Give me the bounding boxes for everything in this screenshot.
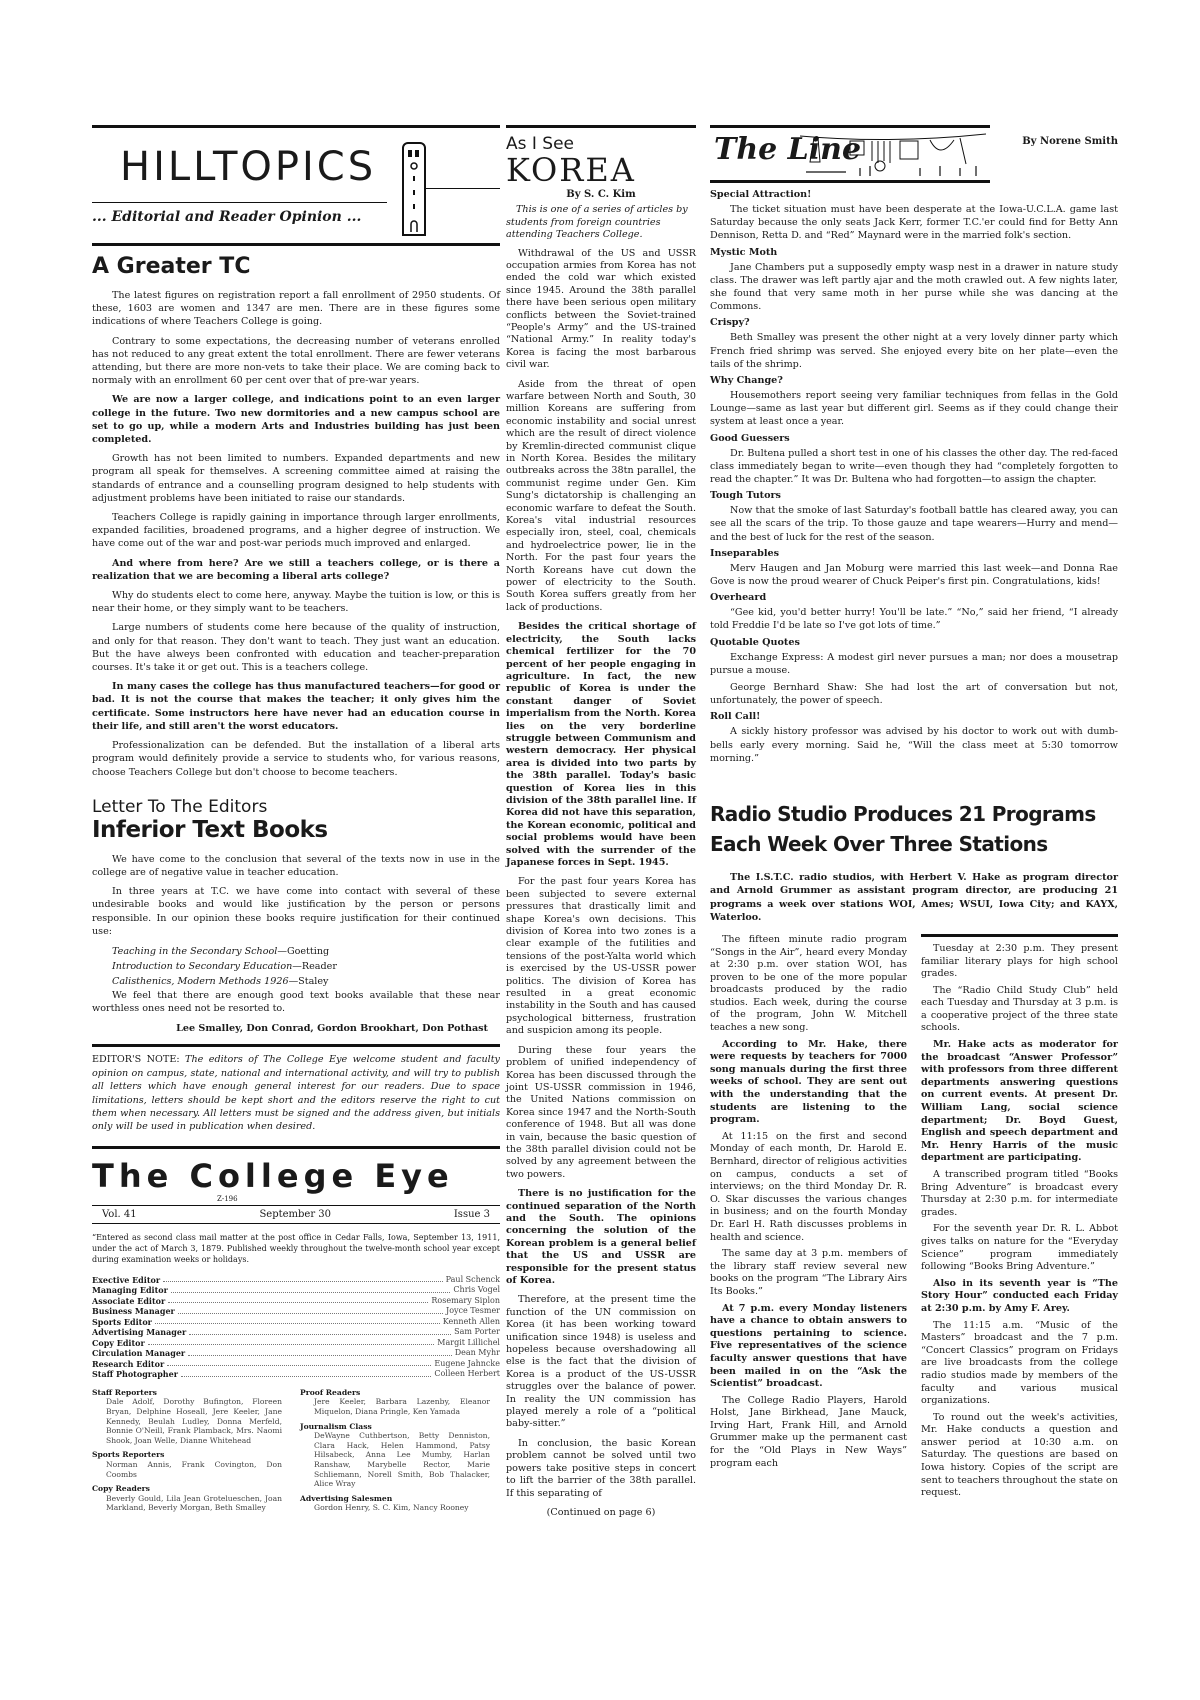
- staff-group: Sports ReportersNorman Annis, Frank Covi…: [92, 1450, 282, 1479]
- staff-row: Research EditorEugene Jahncke: [92, 1359, 500, 1370]
- staff-row: Business ManagerJoyce Tesmer: [92, 1306, 500, 1317]
- masthead-bottom-rule: [92, 243, 500, 246]
- editorial-paragraph: Large numbers of students come here beca…: [92, 621, 500, 674]
- item-heading: Special Attraction!: [710, 189, 1118, 200]
- clothesline-illustration-icon: [800, 132, 986, 176]
- editorial-column: HILLTOPICS ... Editorial and Reader Opin…: [92, 0, 500, 1518]
- item-heading: Inseparables: [710, 548, 1118, 559]
- staff-row: Exective EditorPaul Schenck: [92, 1275, 500, 1286]
- korea-header: As I See KOREA By S. C. Kim: [506, 125, 696, 200]
- editorial-paragraph: Professionalization can be defended. But…: [92, 739, 500, 779]
- issue-date: September 30: [259, 1209, 331, 1220]
- gossip-and-radio-column: The Line By Norene Smith Special Attract…: [710, 0, 1118, 1504]
- editorial-paragraph: Growth has not been limited to numbers. …: [92, 452, 500, 505]
- item-heading: Quotable Quotes: [710, 637, 1118, 648]
- editorial-body: The latest figures on registration repor…: [92, 289, 500, 779]
- item-paragraph: George Bernhard Shaw: She had lost the a…: [710, 681, 1118, 707]
- staff-row: Staff PhotographerColleen Herbert: [92, 1369, 500, 1380]
- radio-paragraph: The fifteen minute radio program “Songs …: [710, 934, 907, 1035]
- item-paragraph: Housemothers report seeing very familiar…: [710, 389, 1118, 429]
- item-heading: Good Guessers: [710, 433, 1118, 444]
- staff-row: Sports EditorKenneth Allen: [92, 1317, 500, 1328]
- korea-paragraph: There is no justification for the contin…: [506, 1188, 696, 1287]
- editorial-paragraph: Teachers College is rapidly gaining in i…: [92, 511, 500, 551]
- item-heading: Roll Call!: [710, 711, 1118, 722]
- radio-paragraph: For the seventh year Dr. R. L. Abbot giv…: [921, 1223, 1118, 1273]
- item-paragraph: Now that the smoke of last Saturday's fo…: [710, 504, 1118, 544]
- staff-group: Advertising SalesmenGordon Henry, S. C. …: [300, 1494, 490, 1513]
- continued-link[interactable]: (Continued on page 6): [506, 1507, 696, 1518]
- korea-paragraph: Withdrawal of the US and USSR occupation…: [506, 248, 696, 372]
- radio-paragraph: The 11:15 a.m. “Music of the Masters” br…: [921, 1320, 1118, 1408]
- book-list: Teaching in the Secondary School—Goettin…: [92, 944, 500, 989]
- the-line-banner: The Line: [710, 125, 990, 183]
- radio-paragraph: A transcribed program titled “Books Brin…: [921, 1169, 1118, 1219]
- radio-paragraph: The same day at 3 p.m. members of the li…: [710, 1248, 907, 1298]
- editorial-paragraph: We are now a larger college, and indicat…: [92, 393, 500, 446]
- series-note: This is one of a series of articles by s…: [506, 204, 696, 242]
- radio-lead: The I.S.T.C. radio studios, with Herbert…: [710, 871, 1118, 924]
- staff-row: Associate EditorRosemary Siplon: [92, 1296, 500, 1307]
- korea-paragraph: Besides the critical shortage of electri…: [506, 621, 696, 869]
- letter-paragraph: We have come to the conclusion that seve…: [92, 853, 500, 879]
- staff-group: Copy ReadersBeverly Gould, Lila Jean Gro…: [92, 1484, 282, 1513]
- staff-groups-right: Proof ReadersJere Keeler, Barbara Lazenb…: [300, 1388, 490, 1518]
- the-line-header: The Line By Norene Smith: [710, 125, 1118, 183]
- korea-column: As I See KOREA By S. C. Kim This is one …: [506, 0, 696, 1518]
- editorial-paragraph: In many cases the college has thus manuf…: [92, 680, 500, 733]
- hilltopics-tagline: ... Editorial and Reader Opinion ...: [92, 202, 387, 225]
- mailing-notice: “Entered as second class mail matter at …: [92, 1232, 500, 1265]
- item-paragraph: “Gee kid, you'd better hurry! You'll be …: [710, 606, 1118, 632]
- letter-signers: Lee Smalley, Don Conrad, Gordon Brookhar…: [92, 1023, 488, 1034]
- staff-box: Exective EditorPaul Schenck Managing Edi…: [92, 1275, 500, 1380]
- staff-groups: Staff ReportersDale Adolf, Dorothy Bufin…: [92, 1388, 500, 1518]
- korea-headline: KOREA: [506, 154, 696, 186]
- volume: Vol. 41: [102, 1209, 137, 1220]
- the-line-items: Special Attraction! The ticket situation…: [710, 189, 1118, 765]
- college-eye-title: The College Eye: [92, 1157, 500, 1195]
- korea-byline: By S. C. Kim: [506, 189, 696, 200]
- item-heading: Tough Tutors: [710, 490, 1118, 501]
- item-paragraph: Beth Smalley was present the other night…: [710, 331, 1118, 371]
- college-eye-code: Z-196: [217, 1195, 500, 1203]
- radio-paragraph: Mr. Hake acts as moderator for the broad…: [921, 1039, 1118, 1165]
- staff-group: Proof ReadersJere Keeler, Barbara Lazenb…: [300, 1388, 490, 1417]
- letter-paragraph: In three years at T.C. we have come into…: [92, 885, 500, 938]
- radio-paragraph: The “Radio Child Study Club” held each T…: [921, 985, 1118, 1035]
- letter-kicker: Letter To The Editors: [92, 797, 500, 817]
- issue-info-bar: Vol. 41 September 30 Issue 3: [92, 1205, 500, 1224]
- staff-row: Advertising ManagerSam Porter: [92, 1327, 500, 1338]
- editors-note-label: EDITOR'S NOTE:: [92, 1054, 180, 1065]
- book-item: Calisthenics, Modern Methods 1926—Staley: [92, 974, 500, 989]
- item-heading: Overheard: [710, 592, 1118, 603]
- college-eye-masthead: The College Eye Z-196 Vol. 41 September …: [92, 1146, 500, 1518]
- book-item: Teaching in the Secondary School—Goettin…: [92, 944, 500, 959]
- campanile-tower-icon: [402, 142, 426, 236]
- staff-row: Managing EditorChris Vogel: [92, 1285, 500, 1296]
- letter-headline: Inferior Text Books: [92, 817, 500, 843]
- item-paragraph: Merv Haugen and Jan Moburg were married …: [710, 562, 1118, 588]
- editors-note-text: The editors of The College Eye welcome s…: [92, 1054, 500, 1132]
- radio-paragraph: According to Mr. Hake, there were reques…: [710, 1039, 907, 1127]
- radio-right-column: Tuesday at 2:30 p.m. They present famili…: [921, 934, 1118, 1504]
- korea-paragraph: Aside from the threat of open warfare be…: [506, 379, 696, 615]
- item-paragraph: Exchange Express: A modest girl never pu…: [710, 651, 1118, 677]
- radio-headline: Radio Studio Produces 21 Programs Each W…: [710, 799, 1118, 859]
- the-line-byline: By Norene Smith: [1022, 133, 1118, 151]
- item-heading: Why Change?: [710, 375, 1118, 386]
- korea-paragraph: Therefore, at the present time the funct…: [506, 1294, 696, 1430]
- editorial-paragraph: Why do students elect to come here, anyw…: [92, 589, 500, 615]
- book-item: Introduction to Secondary Education—Read…: [92, 959, 500, 974]
- issue-number: Issue 3: [454, 1209, 490, 1220]
- radio-paragraph: Also in its seventh year is “The Story H…: [921, 1278, 1118, 1316]
- korea-paragraph: During these four years the problem of u…: [506, 1045, 696, 1181]
- radio-paragraph: At 11:15 on the first and second Monday …: [710, 1131, 907, 1244]
- radio-paragraph: Tuesday at 2:30 p.m. They present famili…: [921, 943, 1118, 981]
- radio-paragraph: The College Radio Players, Harold Holst,…: [710, 1395, 907, 1471]
- korea-paragraph: For the past four years Korea has been s…: [506, 876, 696, 1037]
- korea-paragraph: In conclusion, the basic Korean problem …: [506, 1438, 696, 1500]
- radio-left-column: The fifteen minute radio program “Songs …: [710, 934, 907, 1504]
- editorial-paragraph: Contrary to some expectations, the decre…: [92, 335, 500, 388]
- letter-closing: We feel that there are enough good text …: [92, 989, 500, 1015]
- masthead-rule: [424, 188, 500, 189]
- item-paragraph: A sickly history professor was advised b…: [710, 725, 1118, 765]
- staff-group: Journalism ClassDeWayne Cuthbertson, Bet…: [300, 1422, 490, 1489]
- hilltopics-masthead: HILLTOPICS ... Editorial and Reader Opin…: [92, 125, 500, 246]
- item-heading: Crispy?: [710, 317, 1118, 328]
- item-paragraph: Jane Chambers put a supposedly empty was…: [710, 261, 1118, 314]
- staff-groups-left: Staff ReportersDale Adolf, Dorothy Bufin…: [92, 1388, 282, 1518]
- column-rule: [921, 934, 1118, 937]
- radio-paragraph: To round out the week's activities, Mr. …: [921, 1412, 1118, 1500]
- radio-article-body: The fifteen minute radio program “Songs …: [710, 934, 1118, 1504]
- hilltopics-title: HILLTOPICS: [120, 144, 500, 190]
- item-paragraph: The ticket situation must have been desp…: [710, 203, 1118, 243]
- editorial-headline: A Greater TC: [92, 254, 500, 279]
- editors-note: EDITOR'S NOTE: The editors of The Colleg…: [92, 1044, 500, 1133]
- radio-paragraph: At 7 p.m. every Monday listeners have a …: [710, 1303, 907, 1391]
- item-heading: Mystic Moth: [710, 247, 1118, 258]
- staff-row: Circulation ManagerDean Myhr: [92, 1348, 500, 1359]
- staff-row: Copy EditorMargit Lillichel: [92, 1338, 500, 1349]
- editorial-paragraph: And where from here? Are we still a teac…: [92, 557, 500, 583]
- staff-group: Staff ReportersDale Adolf, Dorothy Bufin…: [92, 1388, 282, 1446]
- item-paragraph: Dr. Bultena pulled a short test in one o…: [710, 447, 1118, 487]
- editorial-paragraph: The latest figures on registration repor…: [92, 289, 500, 329]
